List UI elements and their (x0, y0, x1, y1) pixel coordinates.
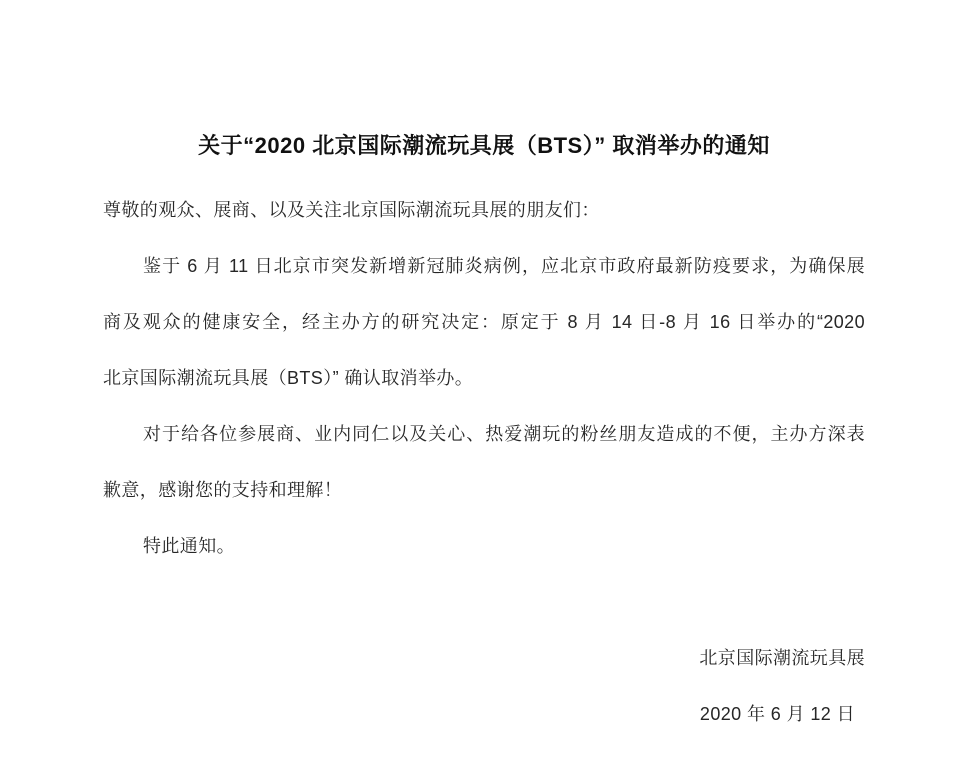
paragraph-1-line-3: 北京国际潮流玩具展（BTS）” 确认取消举办。 (103, 350, 865, 406)
cancellation-notice-document: 关于“2020 北京国际潮流玩具展（BTS）” 取消举办的通知 尊敬的观众、展商… (0, 0, 969, 770)
blank-spacer-line (103, 574, 865, 630)
paragraph-2-line-2: 歉意，感谢您的支持和理解！ (103, 462, 865, 518)
notice-title: 关于“2020 北京国际潮流玩具展（BTS）” 取消举办的通知 (103, 118, 865, 174)
closing-line: 特此通知。 (103, 518, 865, 574)
paragraph-1-line-1: 鉴于 6 月 11 日北京市突发新增新冠肺炎病例，应北京市政府最新防疫要求，为确… (103, 238, 865, 294)
date-line: 2020 年 6 月 12 日 (103, 686, 865, 742)
paragraph-1-line-2: 商及观众的健康安全，经主办方的研究决定：原定于 8 月 14 日-8 月 16 … (103, 294, 865, 350)
salutation-line: 尊敬的观众、展商、以及关注北京国际潮流玩具展的朋友们： (103, 182, 865, 238)
signature-line: 北京国际潮流玩具展 (103, 630, 865, 686)
paragraph-2-line-1: 对于给各位参展商、业内同仁以及关心、热爱潮玩的粉丝朋友造成的不便，主办方深表 (103, 406, 865, 462)
